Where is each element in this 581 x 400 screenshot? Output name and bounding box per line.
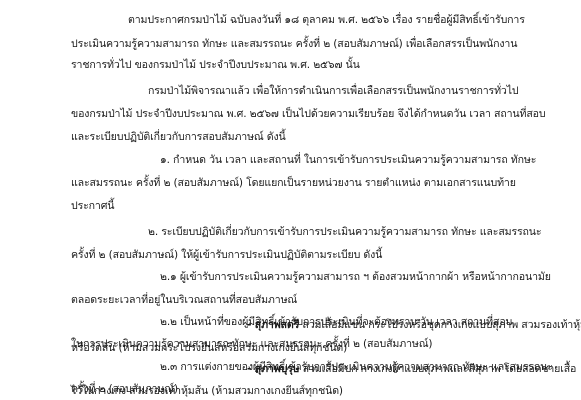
para-1-line-2: ประเมินความรู้ความสามารถ ทักษะ และสมรรถน… <box>71 37 517 51</box>
para-2-line-1: กรมป่าไม้พิจารณาแล้ว เพื่อให้การดำเนินกา… <box>148 84 518 98</box>
item-2-1-line-1: ๒.๑ ผู้เข้ารับการประเมินความรู้ความสามาร… <box>160 270 551 284</box>
dress-female-line-1: - สุภาพสตรี สวมเสื้อมีแขน กระโปรงหรือชุด… <box>247 318 581 332</box>
item-2-1-line-2: ตลอดระยะเวลาที่อยู่ในบริเวณสถานที่สอบสัม… <box>71 293 297 307</box>
para-2-line-3: และระเบียบปฏิบัติเกี่ยวกับการสอบสัมภาษณ์… <box>71 130 286 144</box>
para-1-line-3: ราชการทั่วไป ของกรมป่าไม้ ประจำปีงบประมา… <box>71 58 360 72</box>
item-1-line-2: และสมรรถนะ ครั้งที่ ๒ (สอบสัมภาษณ์) โดยแ… <box>71 176 516 190</box>
dress-female-label: - สุภาพสตรี <box>247 319 299 331</box>
para-2-line-2: ของกรมป่าไม้ ประจำปีงบประมาณ พ.ศ. ๒๕๖๗ เ… <box>71 107 545 121</box>
dress-female-text: สวมเสื้อมีแขน กระโปรงหรือชุดกางเกงแบบสุภ… <box>299 319 581 331</box>
item-2-line-1: ๒. ระเบียบปฏิบัติเกี่ยวกับการเข้ารับการป… <box>148 225 541 239</box>
item-1-line-1: ๑. กำหนด วัน เวลา และสถานที่ ในการเข้ารั… <box>160 153 536 167</box>
dress-female-line-2: หรือรัดส้น (ห้ามสวมกระโปรงยีนส์หรือสวมกา… <box>71 341 347 355</box>
item-1-line-3: ประกาศนี้ <box>71 199 114 213</box>
dress-male-text: สวมเสื้อมีปก กางเกงผ้าแบบสุภาพและสีสุภาพ… <box>300 363 577 375</box>
dress-male-line-2: ไว้ในกางเกง สวมรองเท้าหุ้มส้น (ห้ามสวมกา… <box>71 384 343 398</box>
dress-male-label: - สุภาพบุรุษ <box>247 363 300 375</box>
item-2-line-2: ครั้งที่ ๒ (สอบสัมภาษณ์) ให้ผู้เข้ารับกา… <box>71 248 382 262</box>
dress-male-line-1: - สุภาพบุรุษ สวมเสื้อมีปก กางเกงผ้าแบบสุ… <box>247 362 576 376</box>
para-1-line-1: ตามประกาศกรมป่าไม้ ฉบับลงวันที่ ๑๘ ตุลาค… <box>128 13 525 27</box>
